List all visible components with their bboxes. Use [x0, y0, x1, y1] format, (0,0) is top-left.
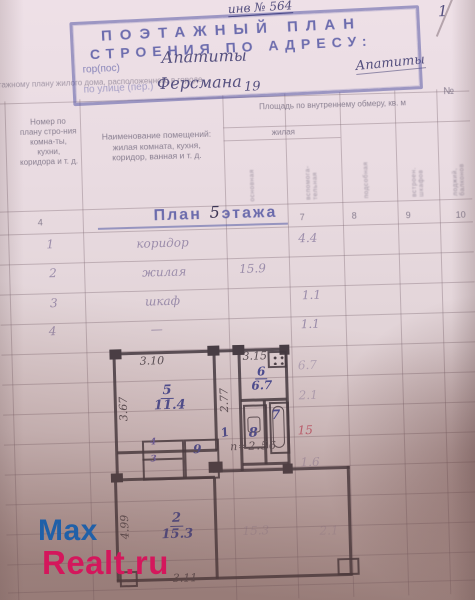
- row1-value: 4.4: [298, 231, 317, 246]
- dim-3-10: 3.10: [139, 354, 164, 368]
- plan-title-suffix: этажа: [221, 204, 277, 224]
- stove-burners: [271, 354, 284, 365]
- ceiling-height-note: п=2.56: [230, 439, 277, 453]
- colnum-10: 10: [456, 210, 466, 222]
- dim-2-77: 2.77: [217, 368, 231, 412]
- grid-line: [0, 251, 474, 265]
- room2-number: 2: [170, 511, 183, 527]
- watermark-line2: Realt.ru: [42, 546, 169, 579]
- vertical-header-4: встроен. шкафов: [410, 141, 426, 197]
- street-handwritten: Ферсмана: [157, 72, 242, 93]
- colnum-7: 7: [300, 212, 305, 223]
- row4-name: —: [151, 322, 163, 336]
- wall-pillar: [283, 464, 293, 474]
- city-handwritten: Апатиты: [161, 46, 247, 67]
- room5-number: 5: [160, 383, 173, 399]
- table-col1-header: Номер по плану стро-ния комна-ты, кухни,…: [19, 116, 78, 168]
- room8-number: 8: [249, 425, 258, 440]
- inventory-sheet: инв № 564 1 № этажному плану жилого дома…: [0, 0, 475, 600]
- row3-value: 1.1: [302, 288, 321, 303]
- grid-line: [223, 120, 470, 128]
- dim-3-15: 3.15: [242, 349, 267, 363]
- room6-area: 6.7: [251, 378, 272, 393]
- colnum-8: 8: [352, 211, 357, 222]
- colnum-4: 4: [38, 217, 43, 228]
- grid-line: [4, 101, 19, 600]
- row2-name: жилая: [142, 264, 186, 279]
- row3-num: 3: [50, 296, 58, 310]
- closet3-number: 3: [150, 454, 157, 464]
- room7-number: 7: [271, 408, 280, 423]
- plan-title-prefix: План: [153, 206, 202, 225]
- dim-3-67: 3.67: [116, 377, 130, 421]
- vertical-header-3: подсобная: [362, 142, 371, 198]
- table-col2-header: Наименование помещений: жилая комната, к…: [95, 128, 218, 163]
- wall-pillar: [209, 461, 223, 472]
- red-correction-value: 15: [297, 423, 313, 437]
- overlap-value-4: 15.3: [242, 523, 269, 538]
- overlap-value-2: 2.1: [298, 388, 317, 403]
- overlap-value-5: 2.1: [319, 523, 338, 538]
- room9-outline: [184, 439, 220, 480]
- row3-name: шкаф: [145, 294, 180, 309]
- stove-icon: [267, 351, 286, 369]
- wall-pillar: [207, 346, 219, 356]
- colnum-9: 9: [406, 210, 411, 221]
- grid-line: [1, 311, 475, 325]
- vertical-header-5: лоджий, балконов: [451, 140, 467, 196]
- grid-line: [6, 491, 475, 505]
- wall-pillar: [109, 349, 121, 359]
- closet4-number: 4: [150, 437, 157, 447]
- row1-name: коридор: [136, 235, 189, 250]
- vertical-header-2: вспомога-тельная: [304, 144, 320, 200]
- plan-title-floor: 5: [209, 202, 220, 221]
- overlap-value-1: 6.7: [298, 358, 317, 373]
- stamp-city-label: гор(пос): [82, 63, 120, 76]
- table-area-header: Площадь по внутреннему обмеру, кв. м: [232, 97, 432, 113]
- row4-num: 4: [49, 324, 57, 338]
- wall-pillar: [111, 473, 123, 482]
- grid-line: [8, 579, 475, 593]
- row2-num: 2: [49, 266, 57, 280]
- number-sign: №: [443, 86, 454, 99]
- document-photo: инв № 564 1 № этажному плану жилого дома…: [0, 0, 475, 600]
- dim-4-99: 4.99: [117, 493, 131, 539]
- row4-value: 1.1: [301, 317, 320, 332]
- row2-value: 15.9: [239, 261, 266, 276]
- window-post: [337, 558, 359, 576]
- room9-number: 9: [193, 442, 202, 456]
- room5-area: 11.4: [154, 397, 186, 413]
- watermark-line1: Max: [38, 516, 98, 546]
- row1-num: 1: [46, 237, 54, 251]
- room2-area: 15.3: [161, 526, 193, 542]
- vertical-header-1: основная: [248, 145, 257, 201]
- dim-3-11: 3.11: [173, 571, 198, 585]
- grid-line: [0, 281, 475, 295]
